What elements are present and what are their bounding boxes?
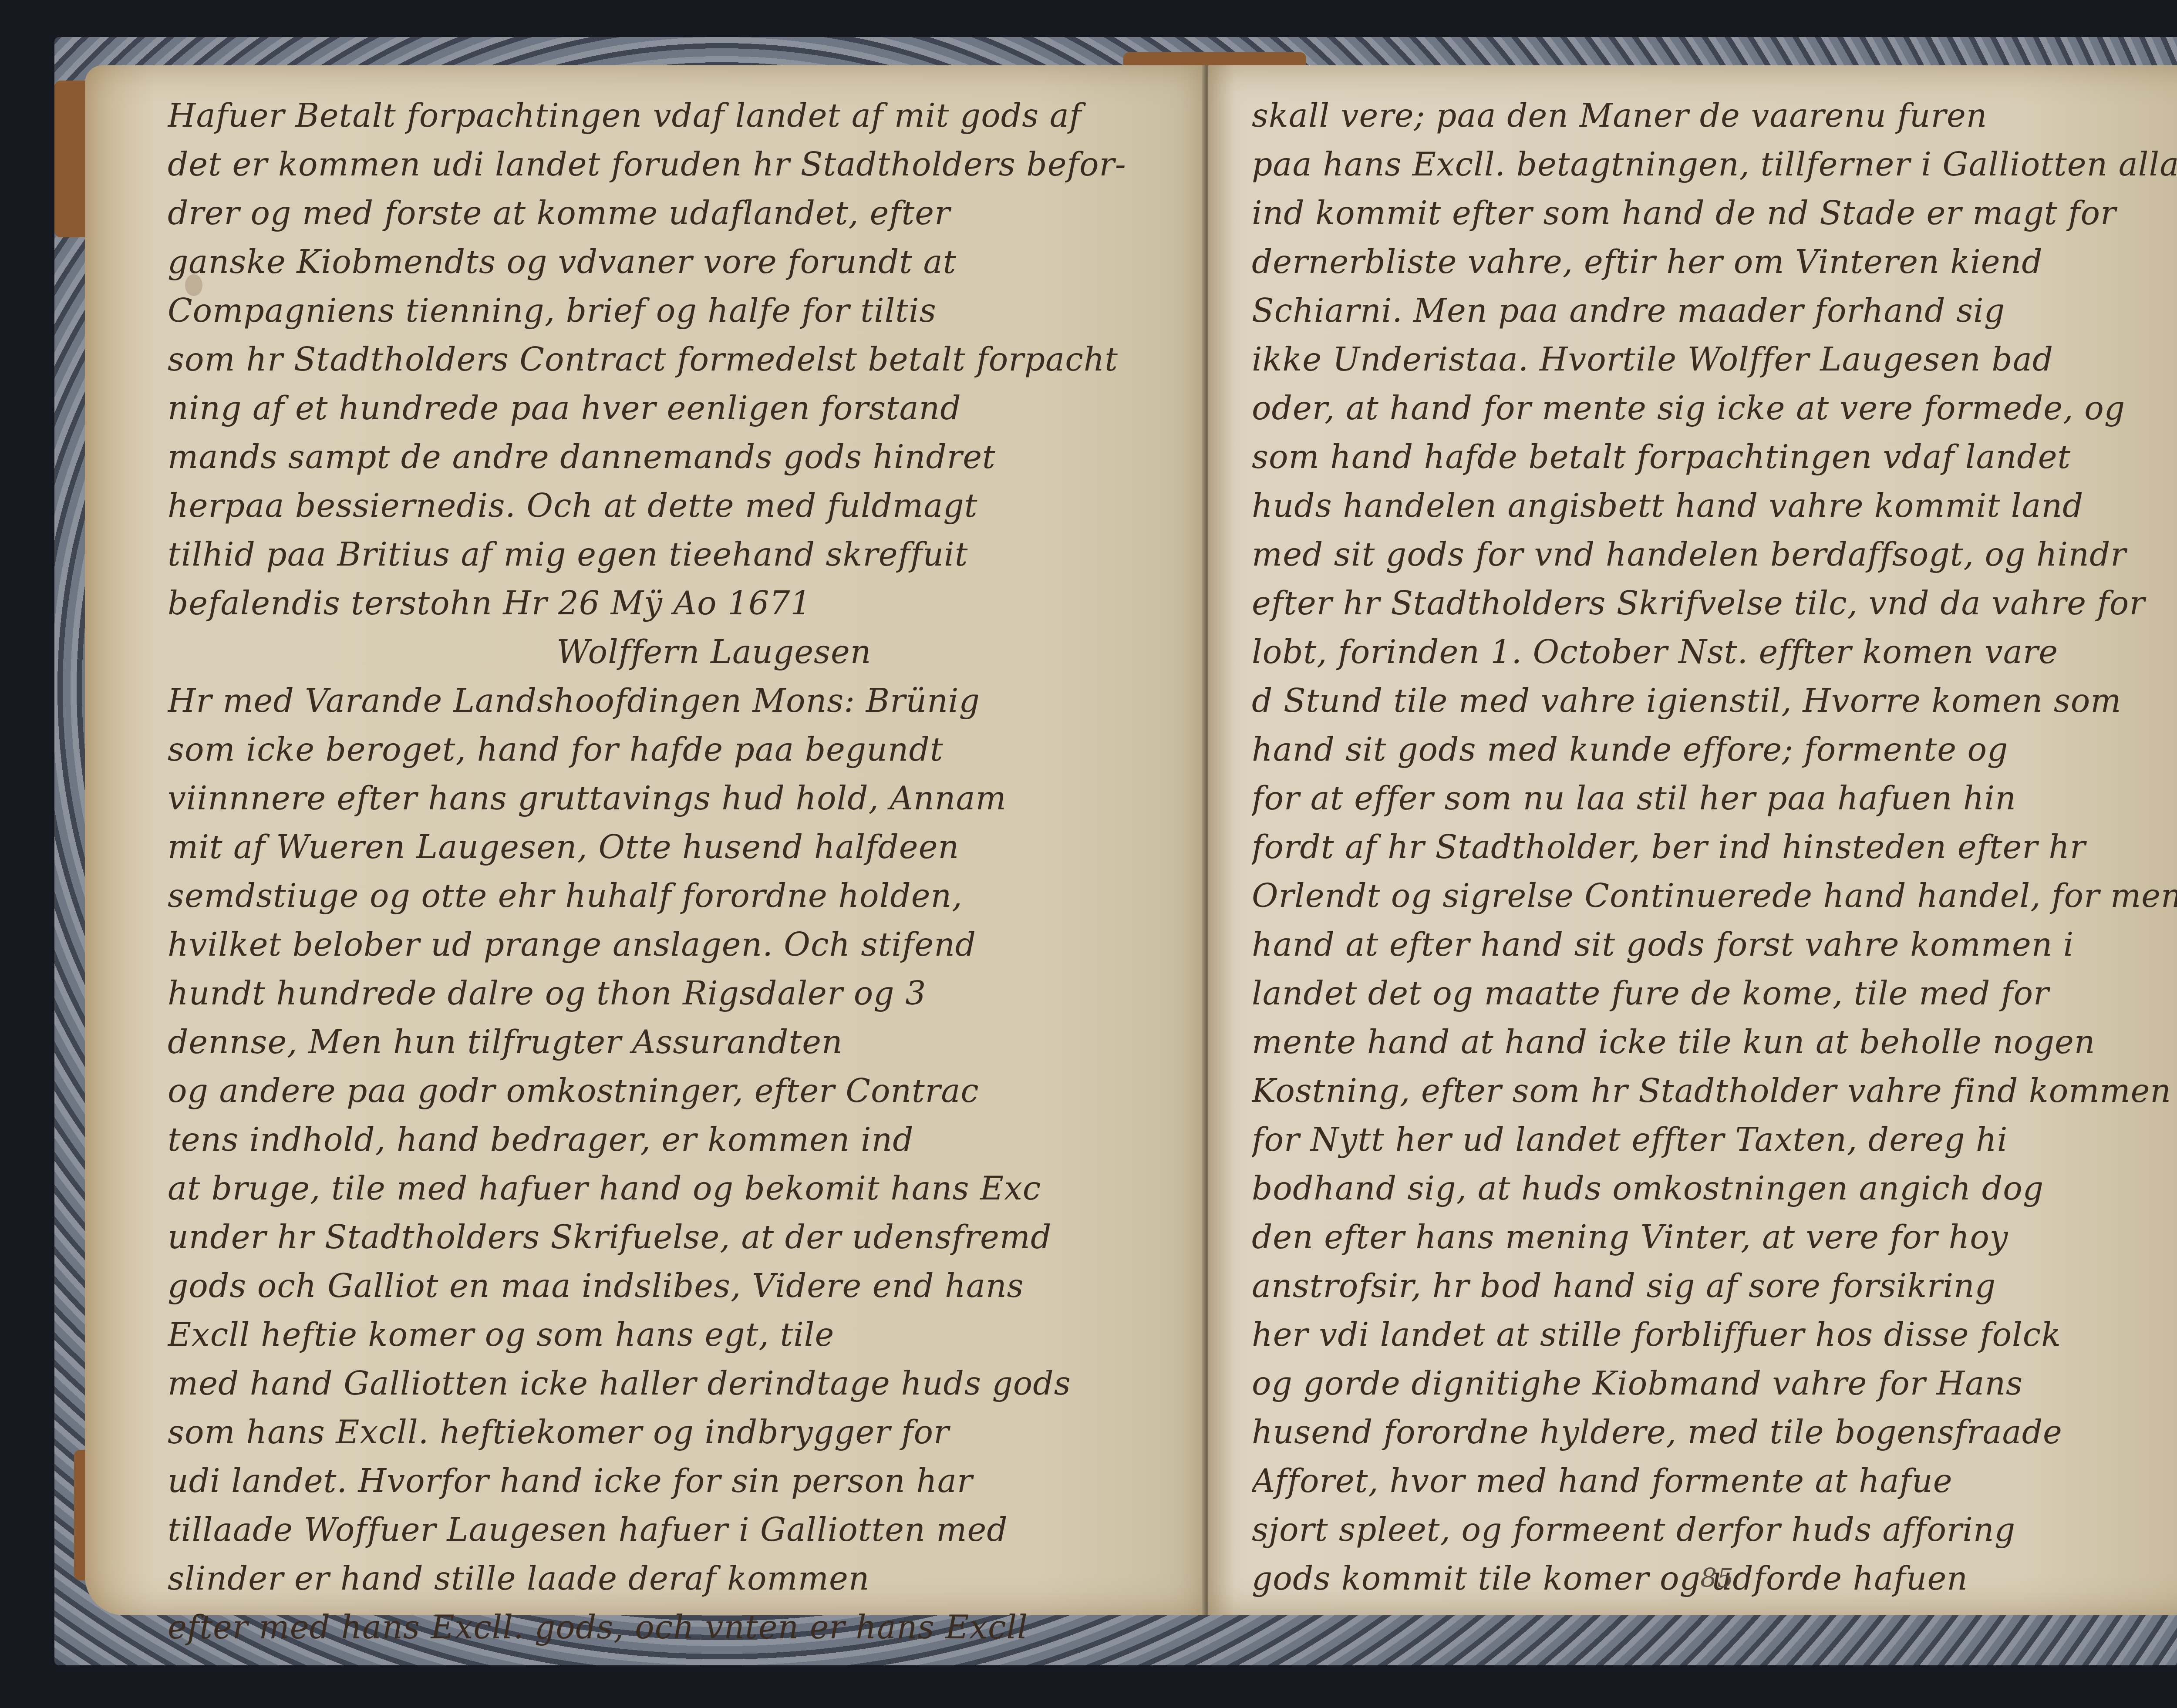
text-line: sjort spleet, og formeent derfor huds af… [1252, 1506, 2177, 1554]
text-line: som icke beroget, hand for hafde paa beg… [168, 725, 1173, 774]
text-line: og gorde dignitighe Kiobmand vahre for H… [1252, 1359, 2177, 1408]
left-page: Hafuer Betalt forpachtingen vdaf landet … [85, 65, 1204, 1615]
text-line: huds handelen angisbett hand vahre kommi… [1252, 482, 2177, 530]
text-line: for Nytt her ud landet effter Taxten, de… [1252, 1115, 2177, 1164]
text-line: med sit gods for vnd handelen berdaffsog… [1252, 530, 2177, 579]
text-line: som hr Stadtholders Contract formedelst … [168, 335, 1173, 384]
text-line: under hr Stadtholders Skrifuelse, at der… [168, 1213, 1173, 1262]
text-line: anstrofsir, hr bod hand sig af sore fors… [1252, 1262, 2177, 1310]
text-line: og andere paa godr omkostninger, efter C… [168, 1067, 1173, 1115]
text-line: ning af et hundrede paa hver eenligen fo… [168, 384, 1173, 433]
text-line: Hr med Varande Landshoofdingen Mons: Brü… [168, 677, 1173, 725]
text-line: hundt hundrede dalre og thon Rigsdaler o… [168, 969, 1173, 1018]
text-line: Hafuer Betalt forpachtingen vdaf landet … [168, 91, 1173, 140]
text-line: Excll heftie komer og som hans egt, tile [168, 1310, 1173, 1359]
text-line: ganske Kiobmendts og vdvaner vore forund… [168, 238, 1173, 286]
text-line: landet det og maatte fure de kome, tile … [1252, 969, 2177, 1018]
text-line: bodhand sig, at huds omkostningen angich… [1252, 1164, 2177, 1213]
text-line: ind kommit efter som hand de nd Stade er… [1252, 189, 2177, 238]
text-line: mente hand at hand icke tile kun at beho… [1252, 1018, 2177, 1067]
section-heading: Wolffern Laugesen [168, 628, 1173, 677]
text-line: d Stund tile med vahre igienstil, Hvorre… [1252, 677, 2177, 725]
text-line: skall vere; paa den Maner de vaarenu fur… [1252, 91, 2177, 140]
text-line: som hand hafde betalt forpachtingen vdaf… [1252, 433, 2177, 482]
text-line: som hans Excll. heftiekomer og indbrygge… [168, 1408, 1173, 1457]
text-line: viinnnere efter hans gruttavings hud hol… [168, 774, 1173, 823]
text-line: Afforet, hvor med hand formente at hafue [1252, 1457, 2177, 1506]
text-line: den efter hans mening Vinter, at vere fo… [1252, 1213, 2177, 1262]
text-line: Kostning, efter som hr Stadtholder vahre… [1252, 1067, 2177, 1115]
left-page-text: Hafuer Betalt forpachtingen vdaf landet … [168, 91, 1173, 1652]
text-line: mands sampt de andre dannemands gods hin… [168, 433, 1173, 482]
text-line: efter med hans Excll. gods, och vnten er… [168, 1603, 1173, 1652]
right-page: skall vere; paa den Maner de vaarenu fur… [1208, 65, 2177, 1615]
text-line: tens indhold, hand bedrager, er kommen i… [168, 1115, 1173, 1164]
date-line: befalendis terstohn Hr 26 Mÿ Ao 1671 [168, 579, 1173, 628]
text-line: Schiarni. Men paa andre maader forhand s… [1252, 286, 2177, 335]
text-line: Compagniens tienning, brief og halfe for… [168, 286, 1173, 335]
text-line: hvilket belober ud prange anslagen. Och … [168, 920, 1173, 969]
text-line: slinder er hand stille laade deraf komme… [168, 1554, 1173, 1603]
right-page-text: skall vere; paa den Maner de vaarenu fur… [1252, 91, 2177, 1603]
text-line: det er kommen udi landet foruden hr Stad… [168, 140, 1173, 189]
text-line: mit af Wueren Laugesen, Otte husend half… [168, 823, 1173, 872]
text-line: lobt, forinden 1. October Nst. effter ko… [1252, 628, 2177, 677]
text-line: at bruge, tile med hafuer hand og bekomi… [168, 1164, 1173, 1213]
text-line: tillaade Woffuer Laugesen hafuer i Galli… [168, 1506, 1173, 1554]
text-line: dernerbliste vahre, eftir her om Vintere… [1252, 238, 2177, 286]
text-line: dennse, Men hun tilfrugter Assurandten [168, 1018, 1173, 1067]
text-line: fordt af hr Stadtholder, ber ind hinsted… [1252, 823, 2177, 872]
text-line: med hand Galliotten icke haller derindta… [168, 1359, 1173, 1408]
text-line: husend forordne hyldere, med tile bogens… [1252, 1408, 2177, 1457]
text-line: paa hans Excll. betagtningen, tillferner… [1252, 140, 2177, 189]
text-line: tilhid paa Britius af mig egen tieehand … [168, 530, 1173, 579]
text-line: ikke Underistaa. Hvortile Wolffer Lauges… [1252, 335, 2177, 384]
text-line: gods och Galliot en maa indslibes, Vider… [168, 1262, 1173, 1310]
text-line: oder, at hand for mente sig icke at vere… [1252, 384, 2177, 433]
text-line: hand at efter hand sit gods forst vahre … [1252, 920, 2177, 969]
page-number: 85 [1700, 1563, 1733, 1593]
text-line: hand sit gods med kunde effore; formente… [1252, 725, 2177, 774]
text-line: drer og med forste at komme udaflandet, … [168, 189, 1173, 238]
text-line: udi landet. Hvorfor hand icke for sin pe… [168, 1457, 1173, 1506]
text-line: for at effer som nu laa stil her paa haf… [1252, 774, 2177, 823]
text-line: efter hr Stadtholders Skrifvelse tilc, v… [1252, 579, 2177, 628]
text-line: semdstiuge og otte ehr huhalf forordne h… [168, 872, 1173, 920]
text-line: herpaa bessiernedis. Och at dette med fu… [168, 482, 1173, 530]
text-line: her vdi landet at stille forbliffuer hos… [1252, 1310, 2177, 1359]
text-line: Orlendt og sigrelse Continuerede hand ha… [1252, 872, 2177, 920]
